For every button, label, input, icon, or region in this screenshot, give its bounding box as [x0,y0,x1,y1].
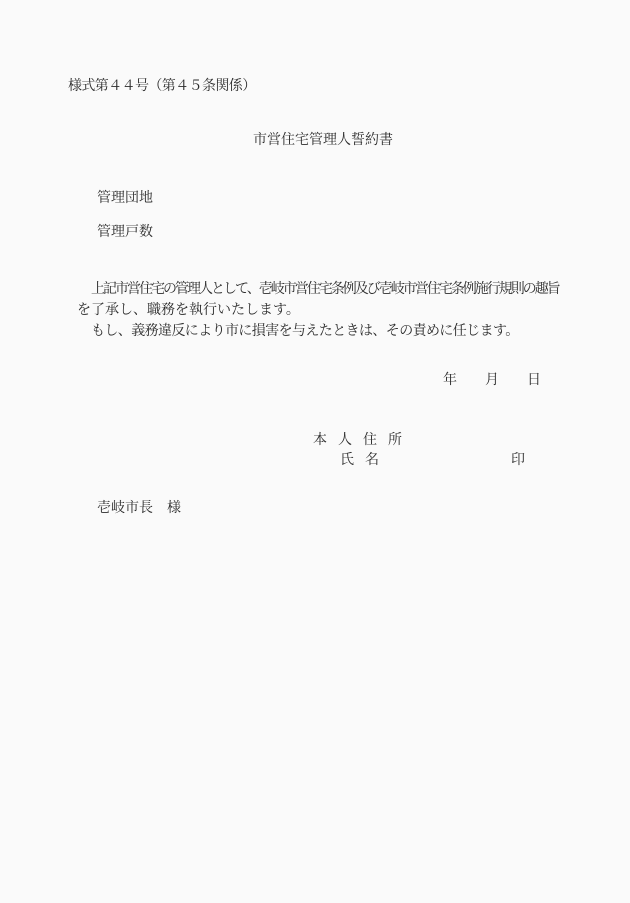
body-text-line-2: を了承し、職務を執行いたします。 [77,301,300,320]
form-number: 様式第４４号（第４５条関係） [68,77,256,96]
field-label-managed-complex: 管理団地 [97,189,153,208]
field-label-managed-units: 管理戸数 [97,223,153,242]
seal-label: 印 [511,451,525,470]
body-text-line-3: もし、義務違反により市に損害を与えたときは、その責めに任じます。 [77,322,519,341]
body-text-line-1: 上記市営住宅の管理人として、壱岐市営住宅条例及び壱岐市営住宅条例施行規則の趣旨 [77,280,559,299]
page-title: 市営住宅管理人誓約書 [253,131,393,150]
date-line: 年 月 日 [443,371,541,390]
signer-address-label: 本人住所 [313,431,413,450]
signer-name-label: 氏名 [340,451,390,470]
document-page: 様式第４４号（第４５条関係） 市営住宅管理人誓約書 管理団地 管理戸数 上記市営… [0,0,630,903]
addressee-line: 壱岐市長 様 [97,499,181,518]
